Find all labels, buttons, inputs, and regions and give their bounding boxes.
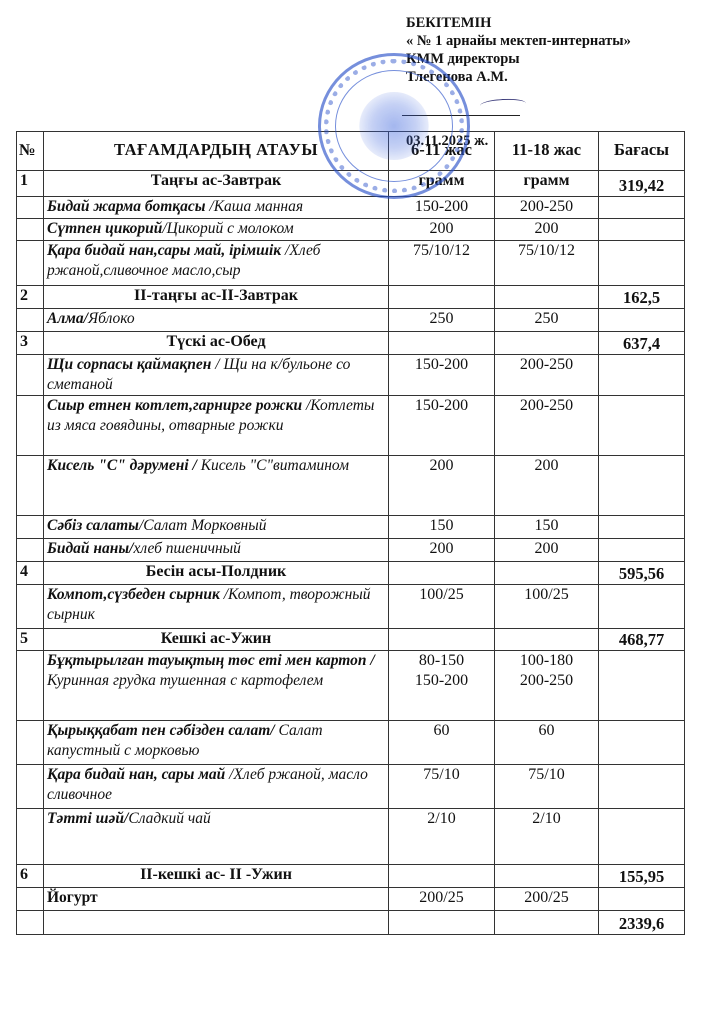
meal-row: 2II-таңғы ас-II-Завтрак162,5 — [17, 286, 685, 309]
portion-age-11-18: 150 — [495, 516, 599, 539]
unit-age-6-11 — [389, 286, 495, 309]
portion-age-6-11: 200 — [389, 456, 495, 516]
dish-number-empty — [17, 765, 44, 809]
dish-row: Бидай наны/хлеб пшеничный200200 — [17, 539, 685, 562]
portion-age-11-18: 75/10/12 — [495, 241, 599, 286]
meal-price: 162,5 — [599, 286, 685, 309]
dish-name-russian: /Цикорий с молоком — [162, 220, 293, 237]
portion-age-6-11: 75/10 — [389, 765, 495, 809]
unit-age-6-11 — [389, 332, 495, 355]
total-empty-cell — [44, 911, 389, 935]
dish-row: Қара бидай нан, сары май /Хлеб ржаной, м… — [17, 765, 685, 809]
portion-age-6-11: 150 — [389, 516, 495, 539]
dish-name-russian: хлеб пшеничный — [133, 540, 240, 557]
meal-number: 5 — [17, 629, 44, 651]
dish-name-russian: Куринная грудка тушенная с картофелем — [47, 672, 323, 689]
dish-number-empty — [17, 585, 44, 629]
dish-row: Кисель "С" дәрумені / Кисель "С"витамино… — [17, 456, 685, 516]
portion-age-6-11: 75/10/12 — [389, 241, 495, 286]
dish-name: Компот,сүзбеден сырник /Компот, творожны… — [44, 585, 389, 629]
dish-name: Кисель "С" дәрумені / Кисель "С"витамино… — [44, 456, 389, 516]
portion-age-11-18: 200 — [495, 219, 599, 241]
dish-price-empty — [599, 197, 685, 219]
unit-age-11-18 — [495, 865, 599, 888]
dish-row: Алма/Яблоко250250 — [17, 309, 685, 332]
meal-title: Бесін асы-Полдник — [44, 562, 389, 585]
dish-number-empty — [17, 539, 44, 562]
dish-row: Қырыққабат пен сәбізден салат/ Салат кап… — [17, 721, 685, 765]
dish-price-empty — [599, 355, 685, 396]
meal-title: Таңғы ас-Завтрак — [44, 171, 389, 197]
dish-name-kazakh: Қара бидай нан, сары май — [47, 766, 225, 783]
dish-row: Сүтпен цикорий/Цикорий с молоком200200 — [17, 219, 685, 241]
unit-age-11-18 — [495, 562, 599, 585]
dish-price-empty — [599, 396, 685, 456]
meal-row: 3Түскі ас-Обед637,4 — [17, 332, 685, 355]
approval-school: « № 1 арнайы мектеп-интернаты» — [406, 32, 631, 50]
dish-price-empty — [599, 585, 685, 629]
dish-row: Қара бидай нан,сары май, ірімшік /Хлеб р… — [17, 241, 685, 286]
total-empty-cell — [389, 911, 495, 935]
total-row: 2339,6 — [17, 911, 685, 935]
dish-number-empty — [17, 888, 44, 911]
portion-age-6-11: 200 — [389, 539, 495, 562]
unit-age-6-11 — [389, 865, 495, 888]
dish-row: Бұқтырылған тауықтың төс еті мен картоп … — [17, 651, 685, 721]
dish-name-kazakh: Бидай жарма ботқасы — [47, 198, 206, 215]
header-age-6-11: 6-11 жас — [389, 132, 495, 171]
portion-age-11-18: 200-250 — [495, 355, 599, 396]
dish-number-empty — [17, 355, 44, 396]
meal-price: 595,56 — [599, 562, 685, 585]
dish-name-kazakh: Қырыққабат пен сәбізден салат/ — [47, 722, 275, 739]
portion-age-11-18: 200 — [495, 456, 599, 516]
header-age-11-18: 11-18 жас — [495, 132, 599, 171]
meal-number: 4 — [17, 562, 44, 585]
meal-row: 6II-кешкі ас- II -Ужин155,95 — [17, 865, 685, 888]
meal-price: 319,42 — [599, 171, 685, 197]
unit-age-11-18: грамм — [495, 171, 599, 197]
dish-name: Алма/Яблоко — [44, 309, 389, 332]
portion-age-6-11: 150-200 — [389, 396, 495, 456]
portion-age-6-11: 150-200 — [389, 355, 495, 396]
dish-number-empty — [17, 219, 44, 241]
dish-name: Сүтпен цикорий/Цикорий с молоком — [44, 219, 389, 241]
dish-price-empty — [599, 539, 685, 562]
header-dish-name: ТАҒАМДАРДЫҢ АТАУЫ — [44, 132, 389, 171]
meal-price: 155,95 — [599, 865, 685, 888]
meal-price: 637,4 — [599, 332, 685, 355]
dish-row: Бидай жарма ботқасы /Каша манная150-2002… — [17, 197, 685, 219]
dish-name-russian: Сладкий чай — [128, 810, 210, 827]
portion-age-6-11: 100/25 — [389, 585, 495, 629]
approval-director-name: Тлегенова А.М. — [406, 68, 631, 86]
dish-name: Қара бидай нан,сары май, ірімшік /Хлеб р… — [44, 241, 389, 286]
header-price: Бағасы — [599, 132, 685, 171]
approval-position: КММ директоры — [406, 50, 631, 68]
meal-number: 2 — [17, 286, 44, 309]
meal-price: 468,77 — [599, 629, 685, 651]
portion-age-6-11: 250 — [389, 309, 495, 332]
dish-name-kazakh: Бидай наны/ — [47, 540, 133, 557]
dish-number-empty — [17, 651, 44, 721]
meal-row: 4Бесін асы-Полдник595,56 — [17, 562, 685, 585]
dish-name-russian: /Каша манная — [206, 198, 304, 215]
dish-number-empty — [17, 721, 44, 765]
portion-age-11-18: 75/10 — [495, 765, 599, 809]
dish-name-kazakh: Бұқтырылған тауықтың төс еті мен картоп … — [47, 652, 375, 669]
dish-name-russian: /Салат Морковный — [139, 517, 267, 534]
dish-name: Қара бидай нан, сары май /Хлеб ржаной, м… — [44, 765, 389, 809]
portion-age-11-18: 250 — [495, 309, 599, 332]
dish-price-empty — [599, 516, 685, 539]
header-row: № ТАҒАМДАРДЫҢ АТАУЫ 6-11 жас 11-18 жас Б… — [17, 132, 685, 171]
unit-age-6-11: грамм — [389, 171, 495, 197]
dish-name-russian: Кисель "С"витамином — [197, 457, 349, 474]
dish-name: Сиыр етнен котлет,гарнирге рожки /Котлет… — [44, 396, 389, 456]
dish-price-empty — [599, 888, 685, 911]
portion-age-11-18: 200 — [495, 539, 599, 562]
dish-price-empty — [599, 241, 685, 286]
unit-age-11-18 — [495, 332, 599, 355]
dish-name-kazakh: Кисель "С" дәрумені / — [47, 457, 197, 474]
dish-name: Щи сорпасы қаймақпен / Щи на к/бульоне с… — [44, 355, 389, 396]
unit-age-6-11 — [389, 562, 495, 585]
dish-name: Қырыққабат пен сәбізден салат/ Салат кап… — [44, 721, 389, 765]
portion-age-6-11: 80-150 150-200 — [389, 651, 495, 721]
unit-age-11-18 — [495, 286, 599, 309]
dish-name-kazakh: Компот,сүзбеден сырник — [47, 586, 220, 603]
menu-table: № ТАҒАМДАРДЫҢ АТАУЫ 6-11 жас 11-18 жас Б… — [16, 131, 685, 935]
portion-age-6-11: 60 — [389, 721, 495, 765]
dish-number-empty — [17, 309, 44, 332]
portion-age-11-18: 200-250 — [495, 197, 599, 219]
unit-age-6-11 — [389, 629, 495, 651]
dish-name-kazakh: Алма/ — [47, 310, 88, 327]
approval-title: БЕКІТЕМІН — [406, 14, 631, 32]
dish-name: Бидай наны/хлеб пшеничный — [44, 539, 389, 562]
dish-name-kazakh: Тәтті шәй/ — [47, 810, 128, 827]
unit-age-11-18 — [495, 629, 599, 651]
dish-number-empty — [17, 197, 44, 219]
dish-row: Сиыр етнен котлет,гарнирге рожки /Котлет… — [17, 396, 685, 456]
portion-age-6-11: 200/25 — [389, 888, 495, 911]
dish-price-empty — [599, 721, 685, 765]
total-empty-cell — [17, 911, 44, 935]
dish-row: Щи сорпасы қаймақпен / Щи на к/бульоне с… — [17, 355, 685, 396]
dish-row: Йогурт200/25200/25 — [17, 888, 685, 911]
dish-name-kazakh: Сүтпен цикорий — [47, 220, 162, 237]
approval-block: БЕКІТЕМІН « № 1 арнайы мектеп-интернаты»… — [406, 14, 631, 86]
portion-age-11-18: 200/25 — [495, 888, 599, 911]
portion-age-6-11: 2/10 — [389, 809, 495, 865]
dish-row: Сәбіз салаты/Салат Морковный150150 — [17, 516, 685, 539]
dish-number-empty — [17, 396, 44, 456]
dish-name: Бұқтырылған тауықтың төс еті мен картоп … — [44, 651, 389, 721]
total-price: 2339,6 — [599, 911, 685, 935]
dish-row: Компот,сүзбеден сырник /Компот, творожны… — [17, 585, 685, 629]
dish-number-empty — [17, 241, 44, 286]
dish-name-plain: Йогурт — [47, 889, 98, 906]
dish-name: Тәтті шәй/Сладкий чай — [44, 809, 389, 865]
total-empty-cell — [495, 911, 599, 935]
meal-title: Кешкі ас-Ужин — [44, 629, 389, 651]
dish-price-empty — [599, 651, 685, 721]
dish-name-russian: Яблоко — [88, 310, 135, 327]
dish-price-empty — [599, 219, 685, 241]
dish-name-kazakh: Сиыр етнен котлет,гарнирге рожки — [47, 397, 302, 414]
meal-title: II-таңғы ас-II-Завтрак — [44, 286, 389, 309]
dish-price-empty — [599, 809, 685, 865]
dish-number-empty — [17, 516, 44, 539]
dish-number-empty — [17, 456, 44, 516]
meal-number: 6 — [17, 865, 44, 888]
dish-name-kazakh: Қара бидай нан,сары май, ірімшік — [47, 242, 281, 259]
dish-name-kazakh: Щи сорпасы қаймақпен — [47, 356, 211, 373]
dish-name: Йогурт — [44, 888, 389, 911]
portion-age-11-18: 60 — [495, 721, 599, 765]
portion-age-11-18: 2/10 — [495, 809, 599, 865]
signature-mark — [480, 98, 527, 111]
menu-body: 1Таңғы ас-Завтракграммграмм319,42Бидай ж… — [17, 171, 685, 935]
meal-row: 5Кешкі ас-Ужин468,77 — [17, 629, 685, 651]
portion-age-11-18: 200-250 — [495, 396, 599, 456]
dish-name: Сәбіз салаты/Салат Морковный — [44, 516, 389, 539]
meal-number: 3 — [17, 332, 44, 355]
dish-number-empty — [17, 809, 44, 865]
portion-age-6-11: 150-200 — [389, 197, 495, 219]
dish-price-empty — [599, 765, 685, 809]
portion-age-6-11: 200 — [389, 219, 495, 241]
header-num: № — [17, 132, 44, 171]
meal-title: Түскі ас-Обед — [44, 332, 389, 355]
dish-name-kazakh: Сәбіз салаты — [47, 517, 139, 534]
signature-line — [402, 115, 520, 116]
portion-age-11-18: 100-180 200-250 — [495, 651, 599, 721]
dish-row: Тәтті шәй/Сладкий чай2/102/10 — [17, 809, 685, 865]
meal-number: 1 — [17, 171, 44, 197]
dish-price-empty — [599, 456, 685, 516]
meal-title: II-кешкі ас- II -Ужин — [44, 865, 389, 888]
portion-age-11-18: 100/25 — [495, 585, 599, 629]
dish-name: Бидай жарма ботқасы /Каша манная — [44, 197, 389, 219]
meal-row: 1Таңғы ас-Завтракграммграмм319,42 — [17, 171, 685, 197]
dish-price-empty — [599, 309, 685, 332]
